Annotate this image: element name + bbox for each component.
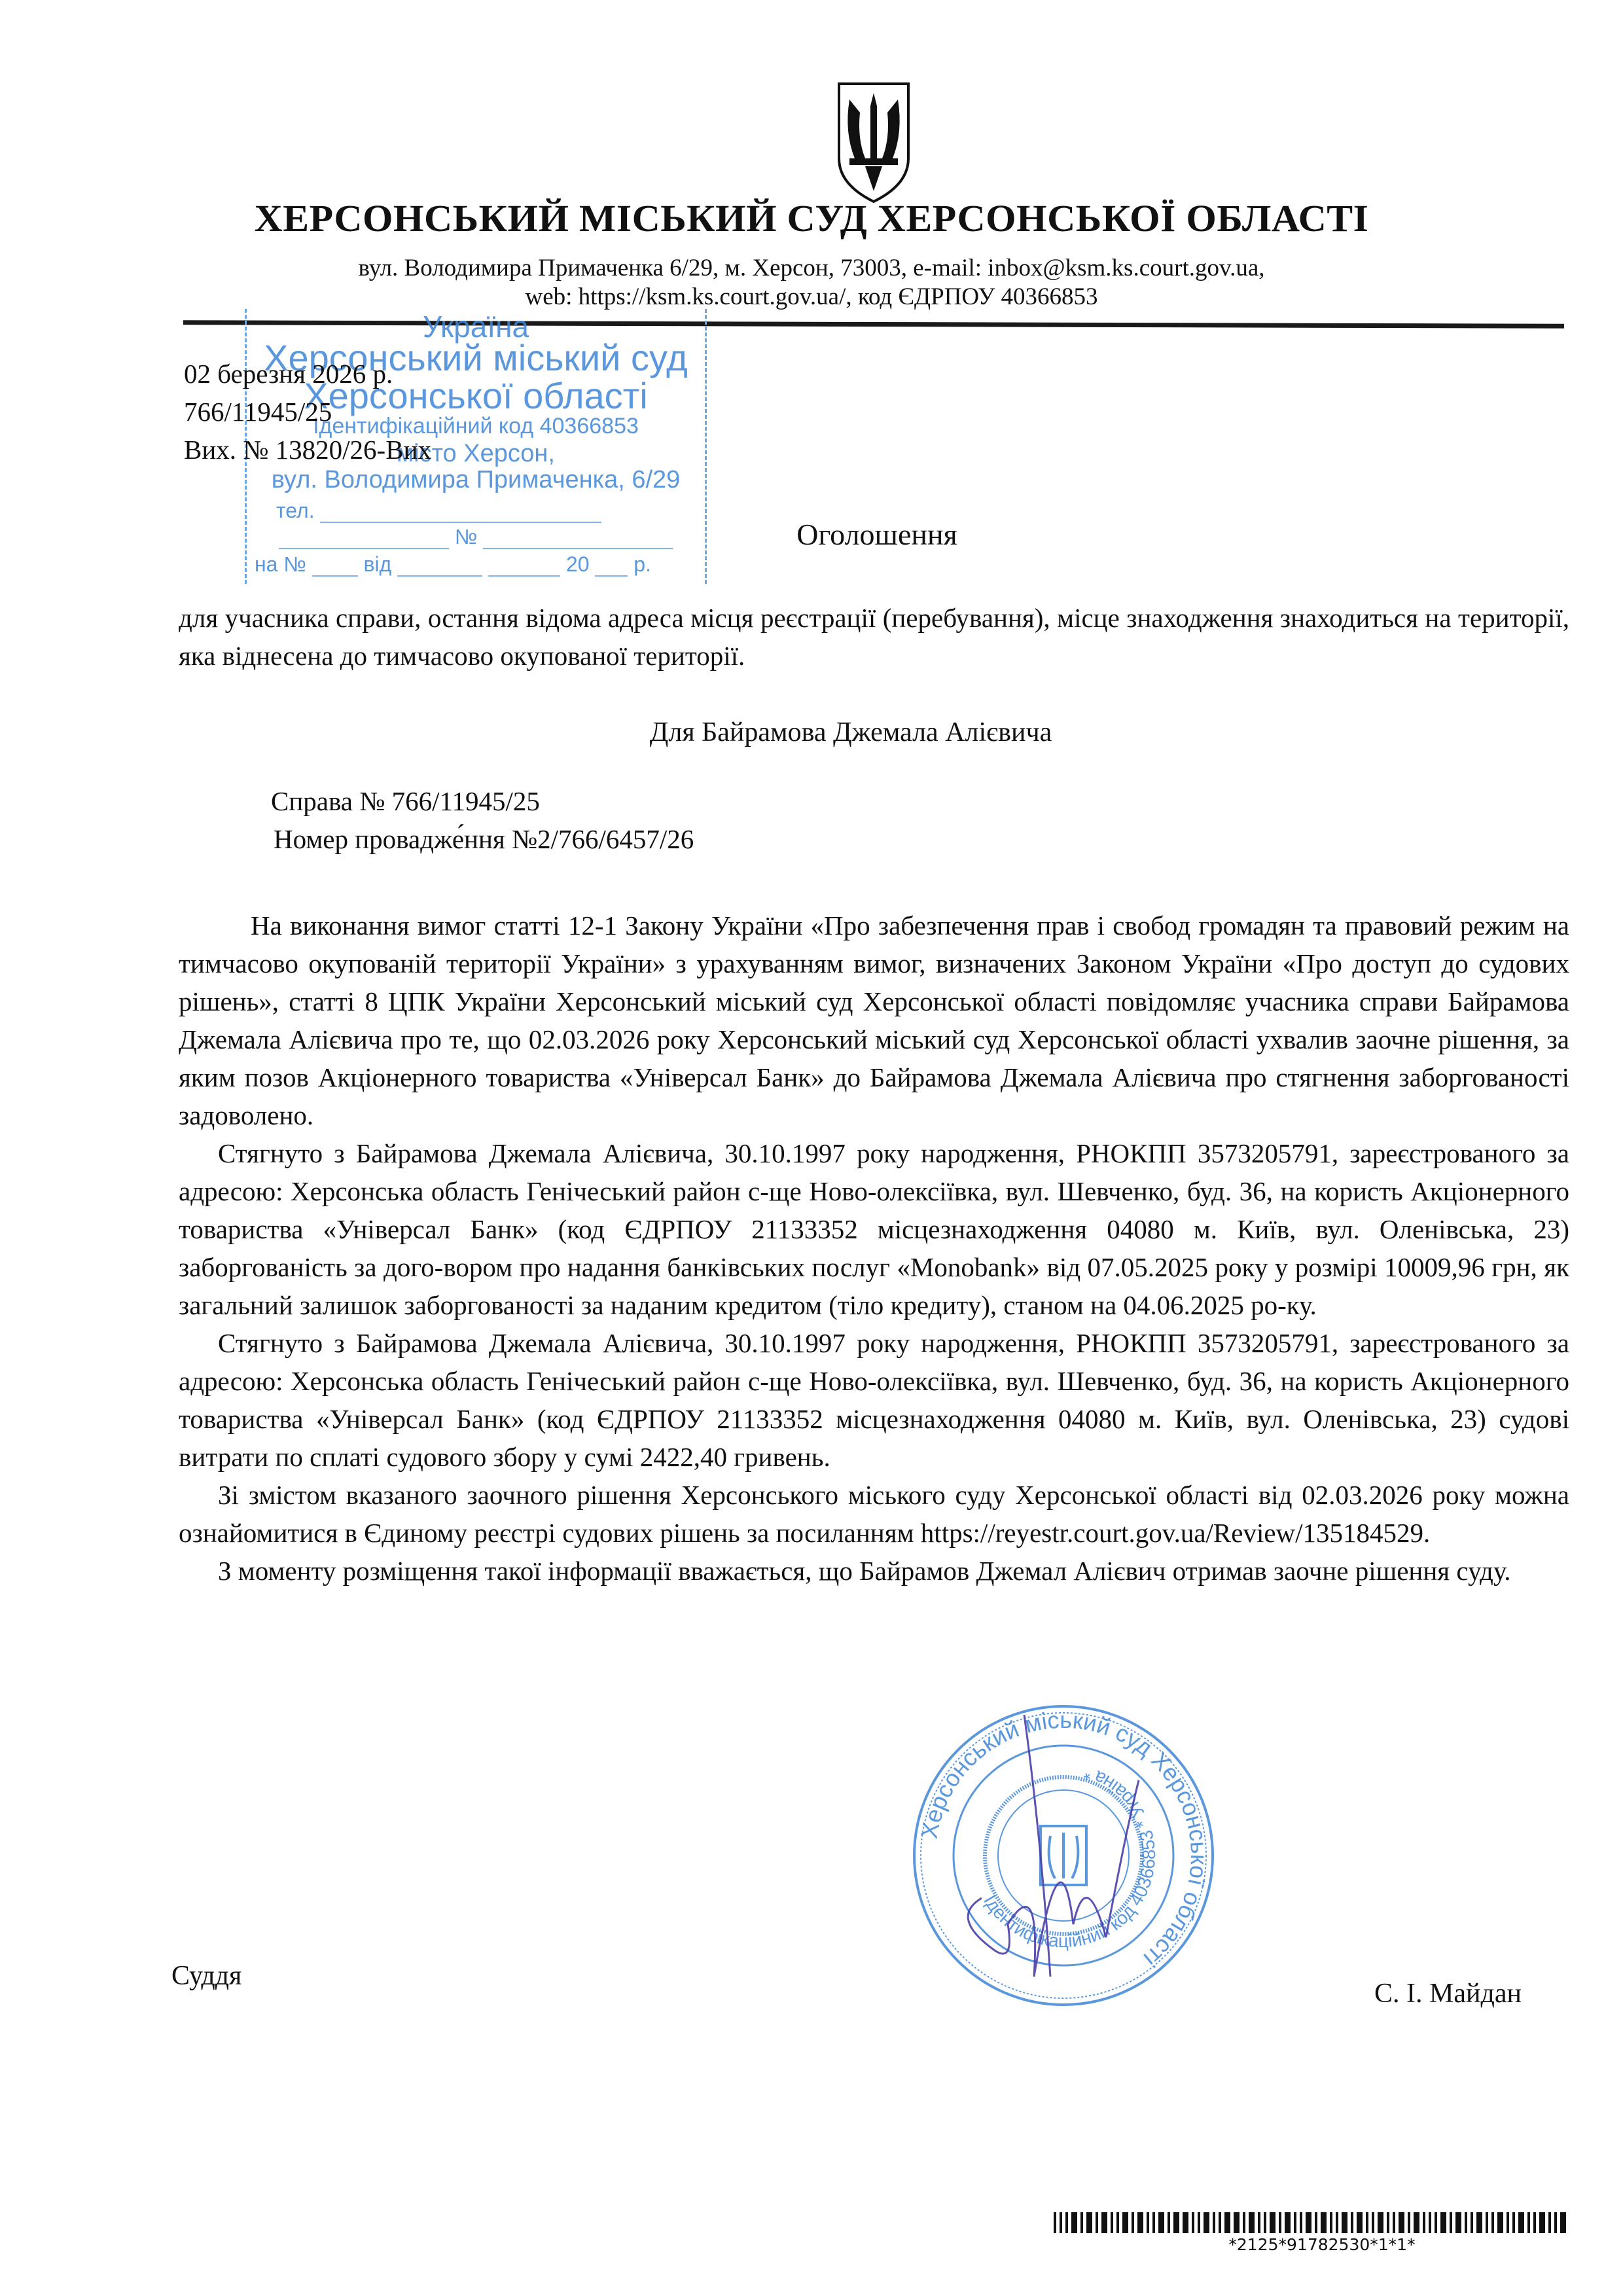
case-reference: 766/11945/25 — [184, 396, 332, 427]
stamp-line-street: вул. Володимира Примаченка, 6/29 — [247, 466, 705, 494]
svg-text:Ідентифікаційний код 40366853: Ідентифікаційний код 40366853 * Україна … — [980, 1763, 1159, 1951]
outgoing-number: Вих. № 13820/26-Вих — [184, 434, 431, 465]
court-web-and-code: web: https://ksm.ks.court.gov.ua/, код Є… — [0, 283, 1623, 311]
stamp-ref-label: на № — [255, 552, 306, 576]
paragraph-debt-recovery: Стягнуто з Байрамова Джемала Алієвича, 3… — [179, 1134, 1569, 1324]
judge-name: С. І. Майдан — [1374, 1978, 1522, 2009]
stamp-month-blank — [488, 575, 560, 577]
stamp-from-label: від — [363, 552, 391, 576]
announcement-title: Оголошення — [0, 517, 1623, 552]
stamp-year-suffix: р. — [633, 552, 651, 576]
paragraph-registry-link: Зі змістом вказаного заочного рішення Хе… — [179, 1476, 1569, 1552]
court-seal-icon: Херсонський міський суд Херсонської обла… — [910, 1702, 1217, 2009]
paragraph-court-fee: Стягнуто з Байрамова Джемала Алієвича, 3… — [179, 1324, 1569, 1476]
stamp-ref-row: на № від 20 р. — [247, 552, 713, 577]
paragraph-decision: На виконання вимог статті 12-1 Закону Ук… — [179, 906, 1569, 1134]
stamp-ref-blank — [312, 575, 358, 577]
stamp-year-prefix: 20 — [566, 552, 590, 576]
court-name-heading: ХЕРСОНСЬКИЙ МІСЬКИЙ СУД ХЕРСОНСЬКОЇ ОБЛА… — [0, 196, 1623, 240]
document-barcode-icon — [1054, 2212, 1590, 2233]
trident-emblem-icon — [835, 80, 912, 204]
court-address: вул. Володимира Примаченка 6/29, м. Херс… — [0, 254, 1623, 282]
stamp-year-blank — [595, 575, 628, 577]
case-number: Справа № 766/11945/25 — [271, 785, 540, 817]
stamp-day-blank — [397, 575, 482, 577]
announcement-intro: для учасника справи, остання відома адре… — [179, 599, 1569, 675]
paragraph-notice-effect: З моменту розміщення такої інформації вв… — [179, 1552, 1569, 1590]
announcement-body: На виконання вимог статті 12-1 Закону Ук… — [179, 906, 1569, 1590]
document-date: 02 березня 2026 р. — [184, 358, 393, 389]
barcode-number: *2125*91782530*1*1* — [1054, 2235, 1590, 2254]
judge-role-label: Суддя — [171, 1960, 241, 1992]
proceeding-number: Номер провадже́ння №2/766/6457/26 — [274, 823, 694, 855]
recipient-line: Для Байрамова Джемала Алієвича — [0, 717, 1623, 748]
